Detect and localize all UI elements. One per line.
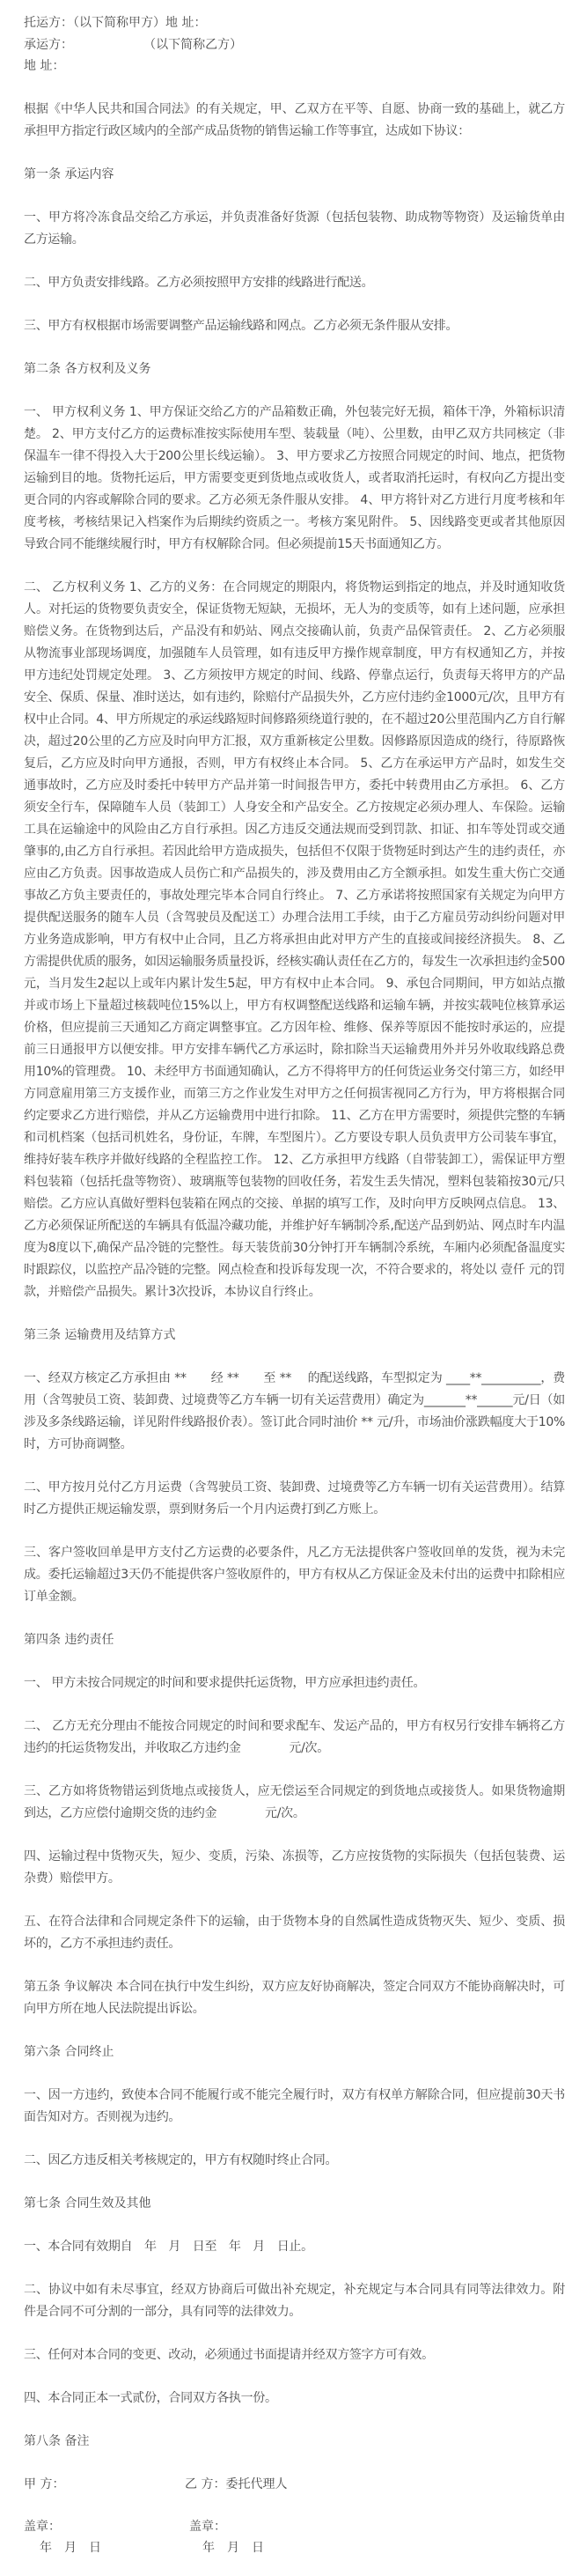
- section-7-effectiveness: 第七条 合同生效及其他 一、本合同有效期自 年 月 日至 年 月 日止。 二、协…: [24, 2193, 565, 2410]
- clause: 三、客户签收回单是甲方支付乙方运费的必要条件，凡乙方无法提供客户签收回单的发货，…: [24, 1542, 565, 1608]
- section-5-dispute-resolution: 第五条 争议解决 本合同在执行中发生纠纷，双方应友好协商解决，签定合同双方不能协…: [24, 1976, 565, 2020]
- clause: 四、本合同正本一式贰份，合同双方各执一份。: [24, 2388, 565, 2410]
- party-a-seal: 盖章：: [24, 2516, 185, 2537]
- clause: 一、 甲方未按合同规定的时间和要求提供托运货物，甲方应承担违约责任。: [24, 1672, 565, 1694]
- party-b-label: 乙 方：委托代理人: [185, 2474, 287, 2495]
- section-title: 第四条 违约责任: [24, 1629, 565, 1651]
- shipper-line: 托运方：（以下简称甲方）地 址：: [24, 12, 565, 34]
- section-title: 第八条 备注: [24, 2431, 565, 2453]
- clause: 二、因乙方违反相关考核规定的，甲方有权随时终止合同。: [24, 2150, 565, 2172]
- section-title: 第一条 承运内容: [24, 164, 565, 186]
- clause: 二、 乙方权利义务 1、乙方的义务：在合同规定的期限内，将货物运到指定的地点，并…: [24, 577, 565, 1303]
- party-b-date: 年 月 日: [185, 2537, 264, 2558]
- preamble: 根据《中华人民共和国合同法》的有关规定，甲、乙双方在平等、自愿、协商一致的基础上…: [24, 99, 565, 143]
- clause: 三、任何对本合同的变更、改动，必须通过书面提请并经双方签字方可有效。: [24, 2344, 565, 2366]
- clause: 三、乙方如将货物错运到货地点或接货人，应无偿运至合同规定的到货地点或接货人。如果…: [24, 1781, 565, 1825]
- carrier-line: 承运方： （以下简称乙方）: [24, 34, 565, 56]
- contract-document: 托运方：（以下简称甲方）地 址： 承运方： （以下简称乙方） 地 址： 根据《中…: [0, 0, 572, 2576]
- contract-header: 托运方：（以下简称甲方）地 址： 承运方： （以下简称乙方） 地 址：: [24, 12, 565, 78]
- clause: 一、本合同有效期自 年 月 日至 年 月 日止。: [24, 2236, 565, 2258]
- clause: 一、 甲方权利义务 1、甲方保证交给乙方的产品箱数正确，外包装完好无损，箱体干净…: [24, 402, 565, 556]
- clause: 一、甲方将冷冻食品交给乙方承运，并负责准备好货源（包括包装物、助成物等物资）及运…: [24, 207, 565, 251]
- clause: 第五条 争议解决 本合同在执行中发生纠纷，双方应友好协商解决，签定合同双方不能协…: [24, 1976, 565, 2020]
- clause: 二、甲方按月兑付乙方月运费（含驾驶员工资、装卸费、过境费等乙方车辆一切有关运营费…: [24, 1477, 565, 1521]
- section-title: 第三条 运输费用及结算方式: [24, 1325, 565, 1347]
- clause: 二、 乙方无充分理由不能按合同规定的时间和要求配车、发运产品的，甲方有权另行安排…: [24, 1716, 565, 1760]
- section-title: 第二条 各方权利及义务: [24, 358, 565, 380]
- clause: 二、甲方负责安排线路。乙方必须按照甲方安排的线路进行配送。: [24, 272, 565, 294]
- section-2-rights-obligations: 第二条 各方权利及义务 一、 甲方权利义务 1、甲方保证交给乙方的产品箱数正确，…: [24, 358, 565, 1303]
- clause: 五、在符合法律和合同规定条件下的运输，由于货物本身的自然属性造成货物灭失、短少、…: [24, 1911, 565, 1955]
- section-3-fees-settlement: 第三条 运输费用及结算方式 一、经双方核定乙方承担由 ** 经 ** 至 ** …: [24, 1325, 565, 1608]
- clause: 四、运输过程中货物灭失，短少、变质，污染、冻损等，乙方应按货物的实际损失（包括包…: [24, 1846, 565, 1890]
- address-line: 地 址：: [24, 55, 565, 78]
- section-8-remarks: 第八条 备注: [24, 2431, 565, 2453]
- section-1-carriage-content: 第一条 承运内容 一、甲方将冷冻食品交给乙方承运，并负责准备好货源（包括包装物、…: [24, 164, 565, 337]
- section-6-termination: 第六条 合同终止 一、因一方违约，致使本合同不能履行或不能完全履行时，双方有权单…: [24, 2041, 565, 2172]
- section-title: 第六条 合同终止: [24, 2041, 565, 2063]
- party-a-date: 年 月 日: [24, 2537, 185, 2558]
- party-a-label: 甲 方：: [24, 2474, 185, 2495]
- section-title: 第七条 合同生效及其他: [24, 2193, 565, 2215]
- clause: 三、甲方有权根据市场需要调整产品运输线路和网点。乙方必须无条件服从安排。: [24, 315, 565, 337]
- clause: 一、因一方违约，致使本合同不能履行或不能完全履行时，双方有权单方解除合同，但应提…: [24, 2085, 565, 2129]
- signature-block: 甲 方： 乙 方：委托代理人 盖章： 盖章： 年 月 日 年 月 日: [24, 2474, 565, 2558]
- clause: 二、协议中如有未尽事宜，经双方协商后可做出补充规定，补充规定与本合同具有同等法律…: [24, 2279, 565, 2323]
- section-4-liability: 第四条 违约责任 一、 甲方未按合同规定的时间和要求提供托运货物，甲方应承担违约…: [24, 1629, 565, 1955]
- party-b-seal: 盖章：: [185, 2516, 226, 2537]
- clause: 一、经双方核定乙方承担由 ** 经 ** 至 ** 的配送线路，车型拟定为 __…: [24, 1368, 565, 1456]
